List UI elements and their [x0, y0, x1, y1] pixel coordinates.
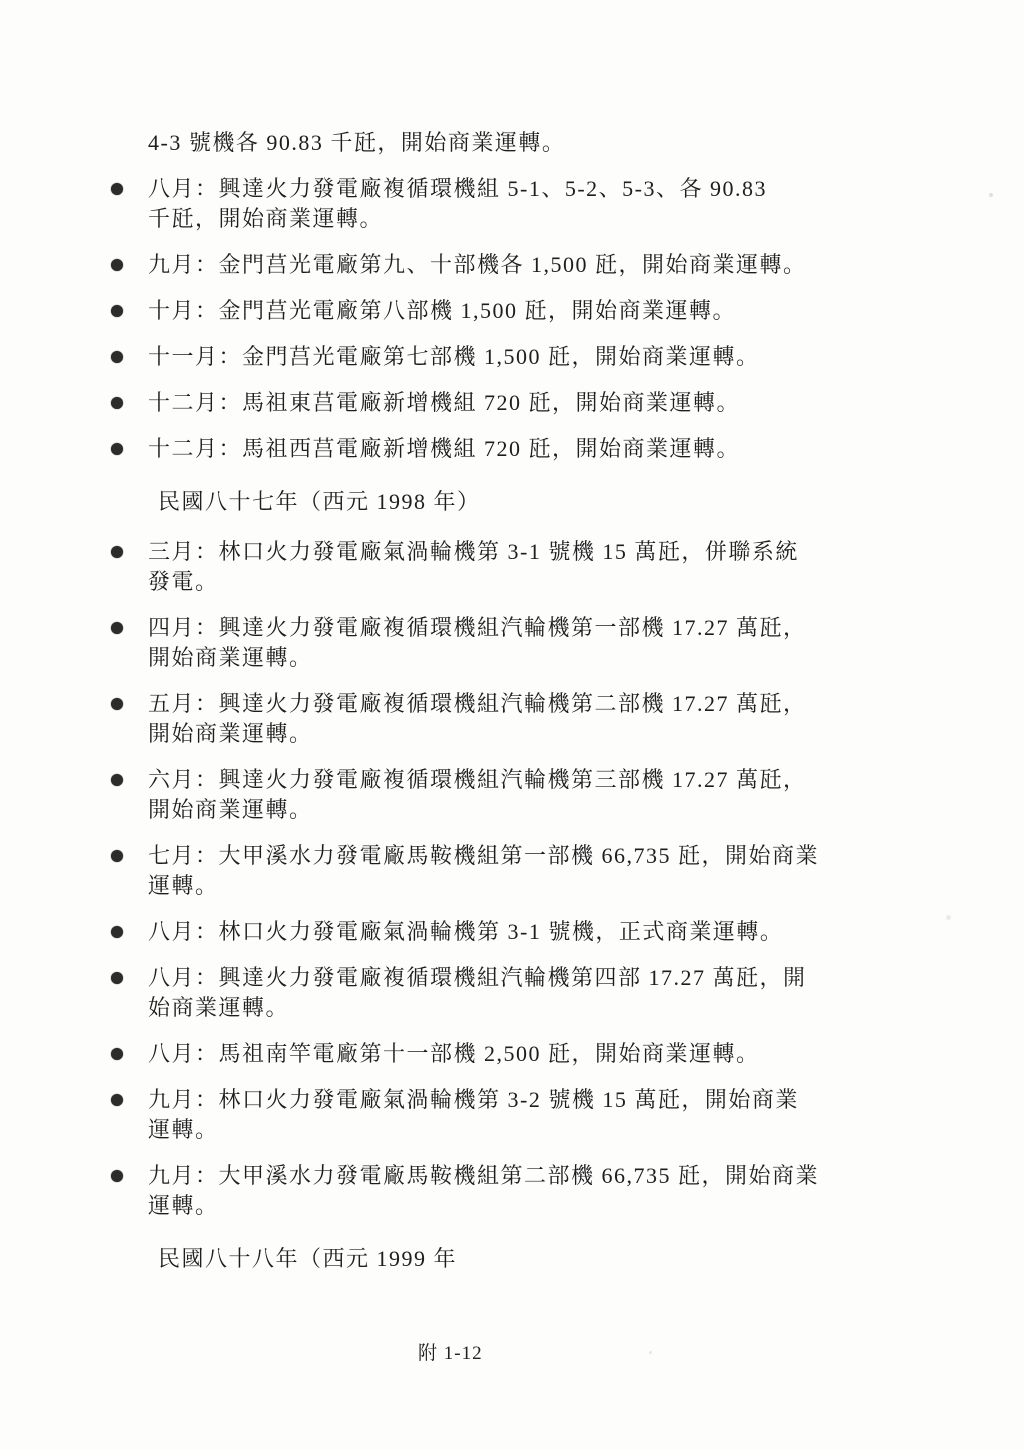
timeline-item: 九月：林口火力發電廠氣渦輪機第 3-2 號機 15 萬瓩，開始商業 運轉。: [148, 1085, 872, 1145]
timeline-item: 八月：馬祖南竿電廠第十一部機 2,500 瓩，開始商業運轉。: [148, 1039, 872, 1069]
timeline-item: 十一月：金門莒光電廠第七部機 1,500 瓩，開始商業運轉。: [148, 342, 872, 372]
timeline-item: 八月：興達火力發電廠複循環機組汽輪機第四部 17.27 萬瓩，開 始商業運轉。: [148, 963, 872, 1023]
year-heading-1998: 民國八十七年（西元 1998 年）: [158, 487, 872, 517]
timeline-item-text: 十一月：金門莒光電廠第七部機 1,500 瓩，開始商業運轉。: [148, 344, 760, 369]
bullet-icon: [111, 397, 123, 409]
page-number: 附 1-12: [418, 1341, 483, 1367]
timeline-item-text: 九月：林口火力發電廠氣渦輪機第 3-2 號機 15 萬瓩，開始商業 運轉。: [148, 1087, 799, 1142]
bullet-icon: [111, 1170, 123, 1182]
bullet-icon: [111, 774, 123, 786]
timeline-item-text: 八月：馬祖南竿電廠第十一部機 2,500 瓩，開始商業運轉。: [148, 1041, 760, 1066]
bullet-icon: [111, 351, 123, 363]
timeline-item: 九月：大甲溪水力發電廠馬鞍機組第二部機 66,735 瓩，開始商業 運轉。: [148, 1161, 872, 1221]
timeline-item: 七月：大甲溪水力發電廠馬鞍機組第一部機 66,735 瓩，開始商業 運轉。: [148, 841, 872, 901]
year-heading-1999: 民國八十八年（西元 1999 年: [158, 1244, 872, 1274]
timeline-item: 三月：林口火力發電廠氣渦輪機第 3-1 號機 15 萬瓩，併聯系統 發電。: [148, 537, 872, 597]
timeline-item-text: 七月：大甲溪水力發電廠馬鞍機組第一部機 66,735 瓩，開始商業 運轉。: [148, 843, 819, 898]
scan-speck: [946, 915, 951, 920]
timeline-item: 四月：興達火力發電廠複循環機組汽輪機第一部機 17.27 萬瓩， 開始商業運轉。: [148, 613, 872, 673]
timeline-item: 八月：林口火力發電廠氣渦輪機第 3-1 號機，正式商業運轉。: [148, 917, 872, 947]
bullet-icon: [111, 926, 123, 938]
timeline-item-text: 十二月：馬祖東莒電廠新增機組 720 瓩，開始商業運轉。: [148, 390, 740, 415]
bullet-icon: [111, 443, 123, 455]
timeline-item-text: 四月：興達火力發電廠複循環機組汽輪機第一部機 17.27 萬瓩， 開始商業運轉。: [148, 615, 807, 670]
bullet-icon: [111, 1048, 123, 1060]
scanned-document-page: 4-3 號機各 90.83 千瓩，開始商業運轉。 八月：興達火力發電廠複循環機組…: [0, 0, 1024, 1450]
scan-speck: [989, 193, 993, 197]
bullet-icon: [111, 972, 123, 984]
timeline-item-text: 六月：興達火力發電廠複循環機組汽輪機第三部機 17.27 萬瓩， 開始商業運轉。: [148, 767, 807, 822]
timeline-item: 五月：興達火力發電廠複循環機組汽輪機第二部機 17.27 萬瓩， 開始商業運轉。: [148, 689, 872, 749]
timeline-item-text: 八月：興達火力發電廠複循環機組汽輪機第四部 17.27 萬瓩，開 始商業運轉。: [148, 965, 807, 1020]
timeline-item: 十二月：馬祖西莒電廠新增機組 720 瓩，開始商業運轉。: [148, 434, 872, 464]
bullet-icon: [111, 1094, 123, 1106]
bullet-icon: [111, 698, 123, 710]
bullet-icon: [111, 305, 123, 317]
timeline-item: 九月：金門莒光電廠第九、十部機各 1,500 瓩，開始商業運轉。: [148, 250, 872, 280]
scan-speck: [649, 1351, 652, 1354]
bullet-icon: [111, 183, 123, 195]
timeline-item-text: 三月：林口火力發電廠氣渦輪機第 3-1 號機 15 萬瓩，併聯系統 發電。: [148, 539, 799, 594]
timeline-item-text: 八月：興達火力發電廠複循環機組 5-1、5-2、5-3、各 90.83 千瓩，開…: [148, 176, 767, 231]
bullet-icon: [111, 622, 123, 634]
bullet-icon: [111, 546, 123, 558]
timeline-item-text: 九月：金門莒光電廠第九、十部機各 1,500 瓩，開始商業運轉。: [148, 252, 807, 277]
timeline-item-text: 八月：林口火力發電廠氣渦輪機第 3-1 號機，正式商業運轉。: [148, 919, 783, 944]
timeline-item: 六月：興達火力發電廠複循環機組汽輪機第三部機 17.27 萬瓩， 開始商業運轉。: [148, 765, 872, 825]
timeline-item-text: 十月：金門莒光電廠第八部機 1,500 瓩，開始商業運轉。: [148, 298, 736, 323]
timeline-item-text: 九月：大甲溪水力發電廠馬鞍機組第二部機 66,735 瓩，開始商業 運轉。: [148, 1163, 819, 1218]
document-body: 4-3 號機各 90.83 千瓩，開始商業運轉。 八月：興達火力發電廠複循環機組…: [148, 128, 872, 1294]
bullet-icon: [111, 259, 123, 271]
timeline-item-text: 十二月：馬祖西莒電廠新增機組 720 瓩，開始商業運轉。: [148, 436, 740, 461]
timeline-item-text: 五月：興達火力發電廠複循環機組汽輪機第二部機 17.27 萬瓩， 開始商業運轉。: [148, 691, 807, 746]
continuation-paragraph: 4-3 號機各 90.83 千瓩，開始商業運轉。: [148, 128, 872, 158]
timeline-item: 八月：興達火力發電廠複循環機組 5-1、5-2、5-3、各 90.83 千瓩，開…: [148, 174, 872, 234]
timeline-item: 十月：金門莒光電廠第八部機 1,500 瓩，開始商業運轉。: [148, 296, 872, 326]
bullet-icon: [111, 850, 123, 862]
timeline-item: 十二月：馬祖東莒電廠新增機組 720 瓩，開始商業運轉。: [148, 388, 872, 418]
